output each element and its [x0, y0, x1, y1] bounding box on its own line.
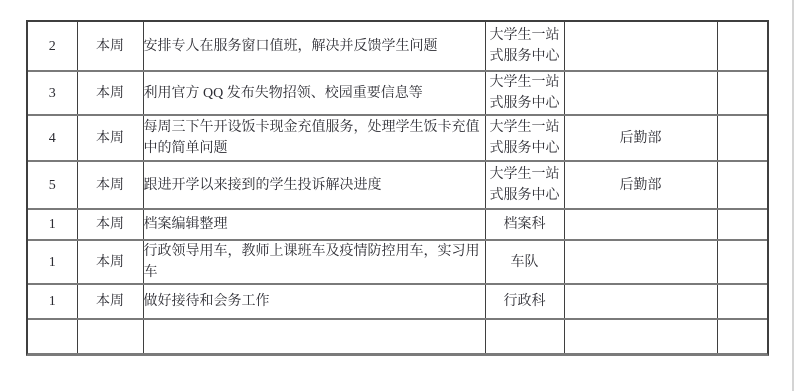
remark-cell[interactable] — [717, 209, 767, 240]
task-number-cell[interactable]: 2 — [28, 22, 77, 71]
task-number-cell[interactable] — [28, 319, 77, 353]
task-number-cell[interactable]: 3 — [28, 71, 77, 115]
table-row: 3本周利用官方 QQ 发布失物招领、校园重要信息等大学生一站式服务中心 — [28, 71, 767, 115]
table-row: 4本周每周三下午开设饭卡现金充值服务，处理学生饭卡充值中的简单问题大学生一站式服… — [28, 115, 767, 161]
remark-cell[interactable] — [717, 22, 767, 71]
table-row: 5本周跟进开学以来接到的学生投诉解决进度大学生一站式服务中心后勤部 — [28, 161, 767, 209]
remark-cell[interactable] — [717, 161, 767, 209]
frequency-cell[interactable]: 本周 — [77, 161, 143, 209]
remark-cell[interactable] — [717, 319, 767, 353]
responsible-dept-cell[interactable]: 车队 — [485, 240, 564, 284]
responsible-dept-cell[interactable]: 大学生一站式服务中心 — [485, 115, 564, 161]
task-description-cell[interactable]: 做好接待和会务工作 — [143, 284, 485, 319]
table-row: 1本周档案编辑整理档案科 — [28, 209, 767, 240]
task-description-cell[interactable] — [143, 319, 485, 353]
table-body: 2本周安排专人在服务窗口值班，解决并反馈学生问题大学生一站式服务中心3本周利用官… — [28, 22, 767, 353]
table-row: 1本周行政领导用车，教师上课班车及疫情防控用车，实习用车车队 — [28, 240, 767, 284]
task-number-cell[interactable]: 1 — [28, 284, 77, 319]
task-description-cell[interactable]: 安排专人在服务窗口值班，解决并反馈学生问题 — [143, 22, 485, 71]
weekly-task-table: 2本周安排专人在服务窗口值班，解决并反馈学生问题大学生一站式服务中心3本周利用官… — [26, 20, 769, 356]
task-description-cell[interactable]: 行政领导用车，教师上课班车及疫情防控用车，实习用车 — [143, 240, 485, 284]
responsible-dept-cell[interactable]: 大学生一站式服务中心 — [485, 71, 564, 115]
co-dept-cell[interactable] — [564, 71, 717, 115]
table-row: 2本周安排专人在服务窗口值班，解决并反馈学生问题大学生一站式服务中心 — [28, 22, 767, 71]
frequency-cell[interactable]: 本周 — [77, 22, 143, 71]
frequency-cell[interactable]: 本周 — [77, 240, 143, 284]
frequency-cell[interactable]: 本周 — [77, 71, 143, 115]
task-number-cell[interactable]: 1 — [28, 209, 77, 240]
page-edge-line — [792, 0, 794, 391]
responsible-dept-cell[interactable]: 大学生一站式服务中心 — [485, 161, 564, 209]
responsible-dept-cell[interactable]: 大学生一站式服务中心 — [485, 22, 564, 71]
table-row — [28, 319, 767, 353]
document-page: 2本周安排专人在服务窗口值班，解决并反馈学生问题大学生一站式服务中心3本周利用官… — [0, 0, 803, 391]
remark-cell[interactable] — [717, 71, 767, 115]
responsible-dept-cell[interactable] — [485, 319, 564, 353]
co-dept-cell[interactable]: 后勤部 — [564, 115, 717, 161]
frequency-cell[interactable] — [77, 319, 143, 353]
task-number-cell[interactable]: 5 — [28, 161, 77, 209]
task-number-cell[interactable]: 1 — [28, 240, 77, 284]
co-dept-cell[interactable] — [564, 209, 717, 240]
co-dept-cell[interactable] — [564, 240, 717, 284]
task-description-cell[interactable]: 利用官方 QQ 发布失物招领、校园重要信息等 — [143, 71, 485, 115]
frequency-cell[interactable]: 本周 — [77, 209, 143, 240]
remark-cell[interactable] — [717, 240, 767, 284]
frequency-cell[interactable]: 本周 — [77, 284, 143, 319]
co-dept-cell[interactable] — [564, 284, 717, 319]
responsible-dept-cell[interactable]: 档案科 — [485, 209, 564, 240]
responsible-dept-cell[interactable]: 行政科 — [485, 284, 564, 319]
task-description-cell[interactable]: 跟进开学以来接到的学生投诉解决进度 — [143, 161, 485, 209]
task-description-cell[interactable]: 每周三下午开设饭卡现金充值服务，处理学生饭卡充值中的简单问题 — [143, 115, 485, 161]
co-dept-cell[interactable]: 后勤部 — [564, 161, 717, 209]
remark-cell[interactable] — [717, 115, 767, 161]
frequency-cell[interactable]: 本周 — [77, 115, 143, 161]
task-number-cell[interactable]: 4 — [28, 115, 77, 161]
co-dept-cell[interactable] — [564, 22, 717, 71]
table-row: 1本周做好接待和会务工作行政科 — [28, 284, 767, 319]
co-dept-cell[interactable] — [564, 319, 717, 353]
weekly-task-table-grid: 2本周安排专人在服务窗口值班，解决并反馈学生问题大学生一站式服务中心3本周利用官… — [28, 22, 767, 353]
task-description-cell[interactable]: 档案编辑整理 — [143, 209, 485, 240]
remark-cell[interactable] — [717, 284, 767, 319]
